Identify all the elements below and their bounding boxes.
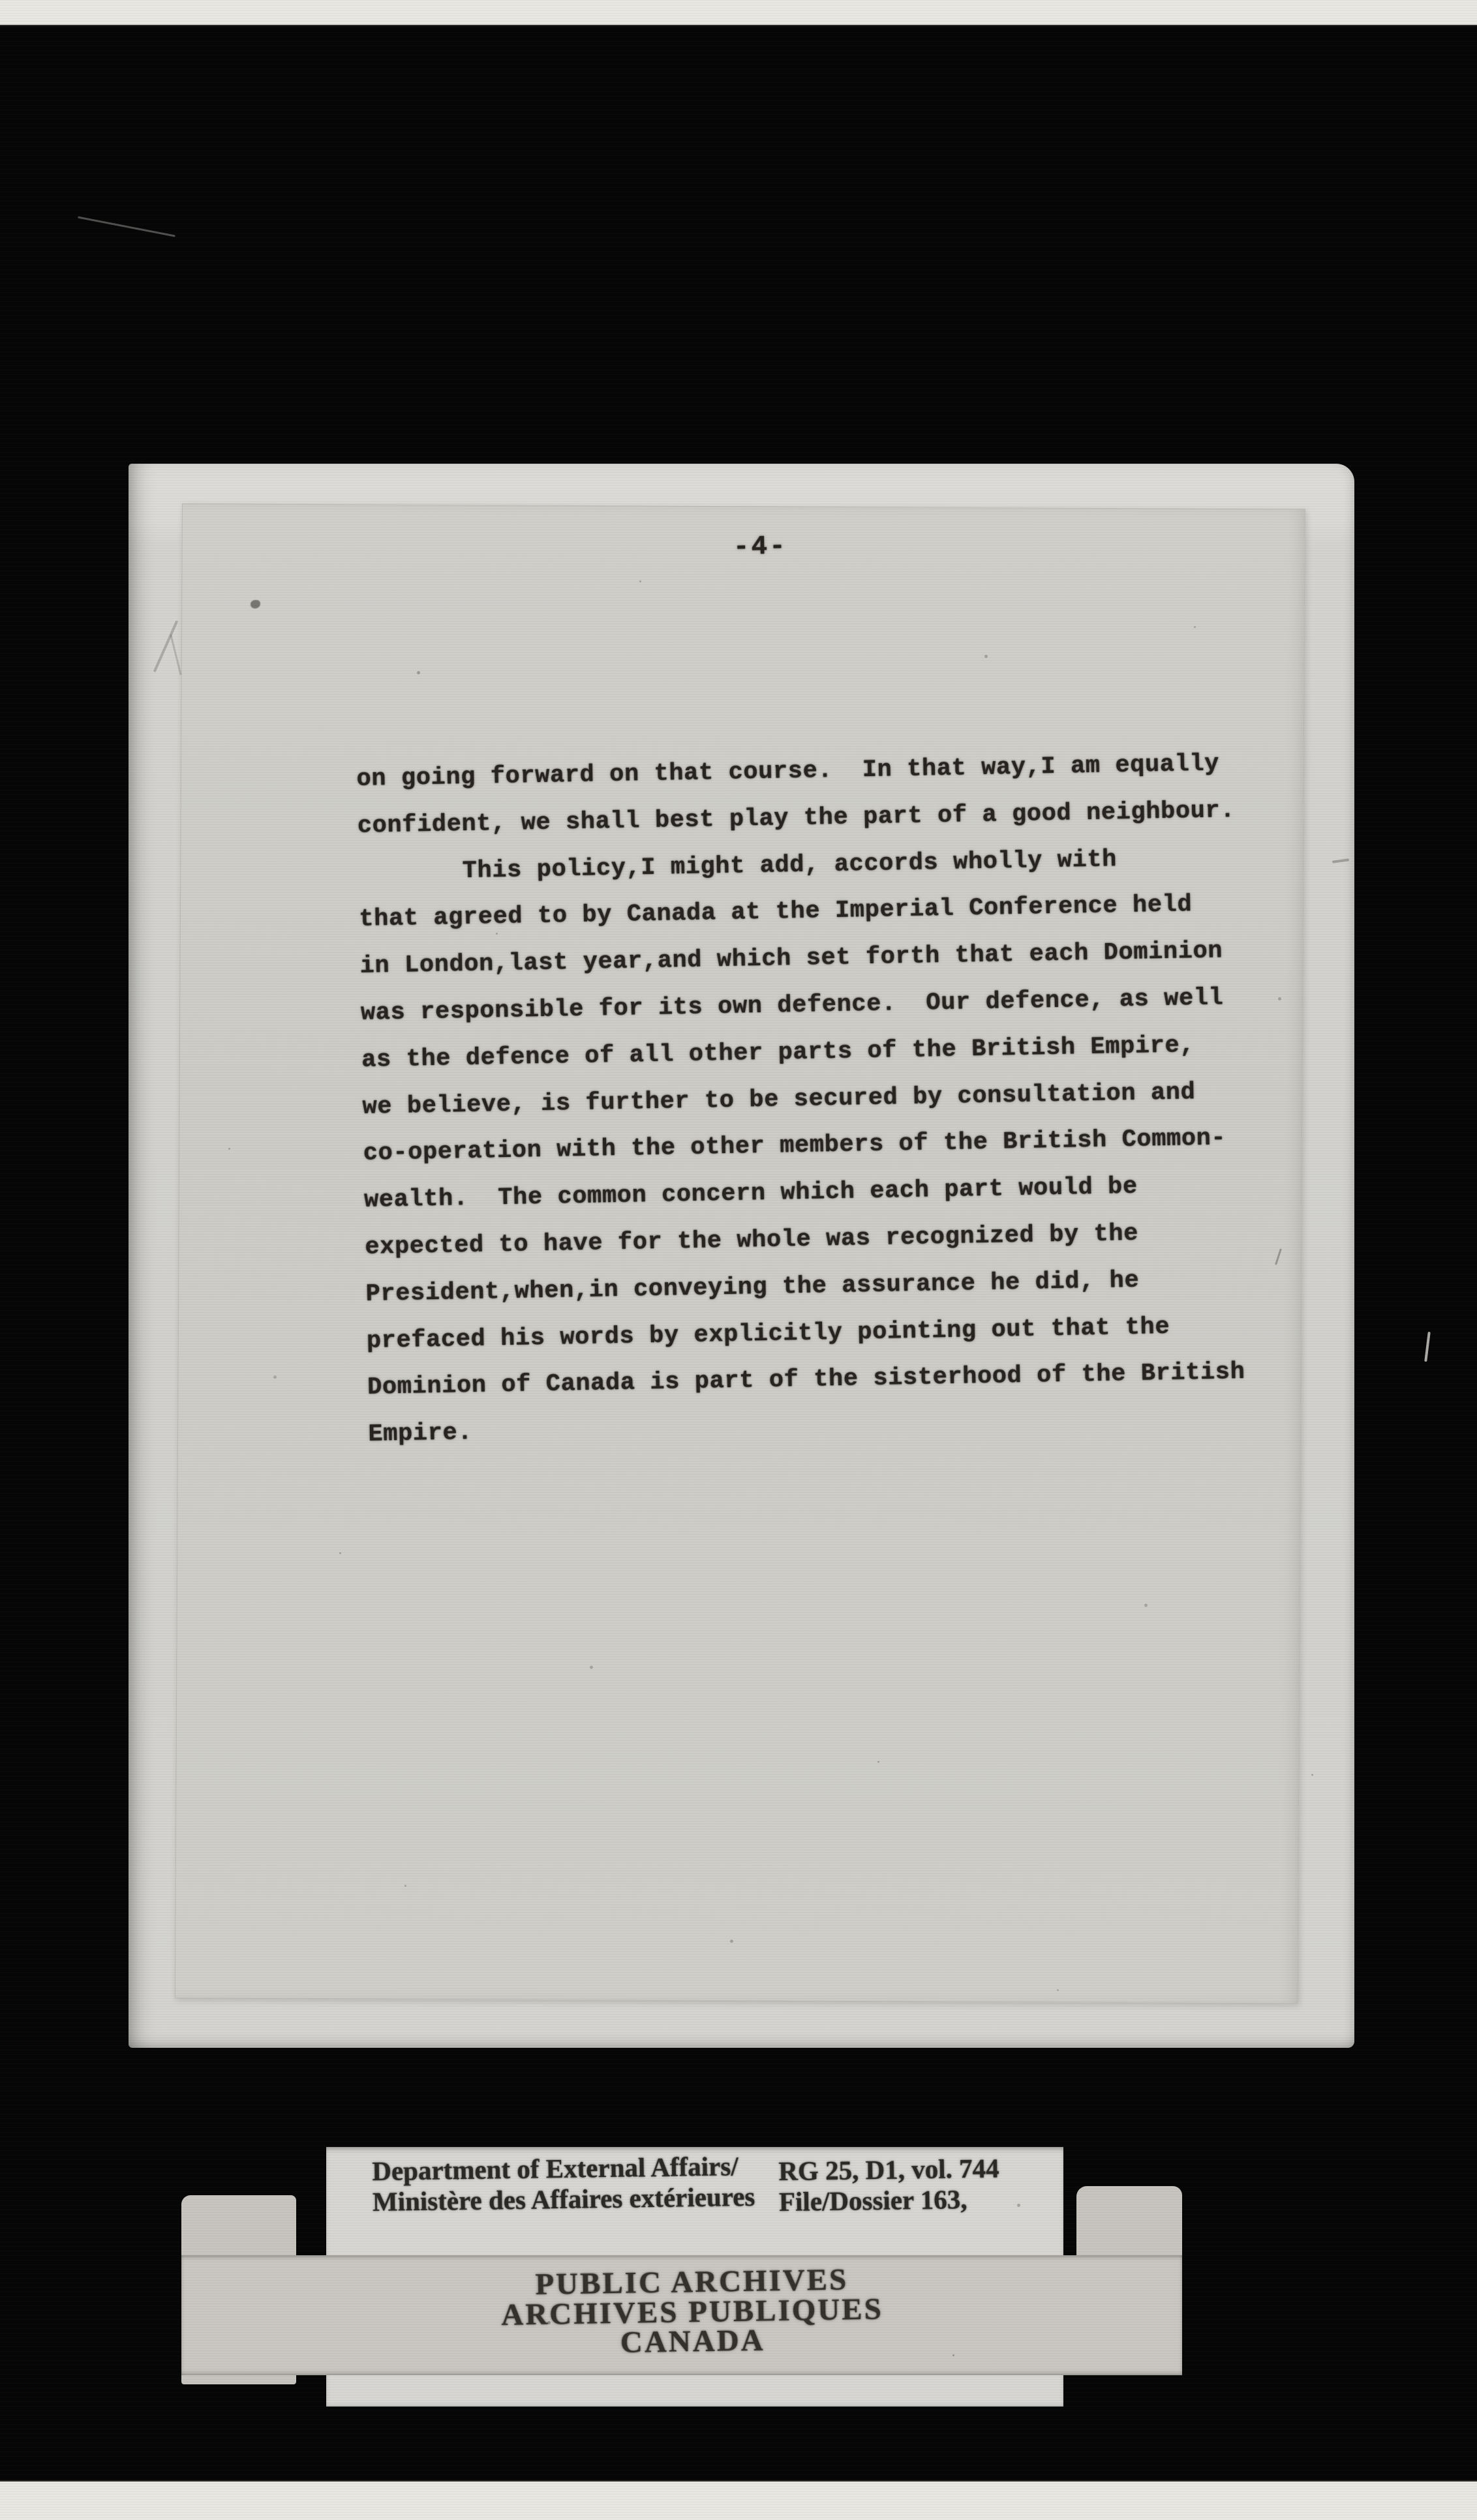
film-edge-bottom: [0, 2482, 1477, 2520]
public-archives-stamp: PUBLIC ARCHIVES ARCHIVES PUBLIQUES CANAD…: [404, 2263, 980, 2361]
film-scratch-mark: [78, 217, 175, 237]
microfilm-frame: -4- on going forward on that course. In …: [0, 0, 1477, 2520]
film-scratch-right-margin: [1424, 1332, 1431, 1362]
department-stamp-line-fr: Ministère des Affaires extérieures: [373, 2182, 755, 2217]
paper-specks: [0, 0, 2, 2]
typed-text-block: on going forward on that course. In that…: [356, 740, 1321, 1459]
reference-volume: RG 25, D1, vol. 744: [778, 2153, 999, 2187]
reference-file: File/Dossier 163,: [779, 2183, 1000, 2217]
page-number: -4-: [733, 532, 788, 562]
department-stamp: Department of External Affairs/ Ministèr…: [372, 2151, 755, 2217]
department-stamp-line-en: Department of External Affairs/: [372, 2151, 755, 2187]
reference-stamp: RG 25, D1, vol. 744 File/Dossier 163,: [778, 2153, 1000, 2217]
film-edge-top: [0, 0, 1477, 25]
